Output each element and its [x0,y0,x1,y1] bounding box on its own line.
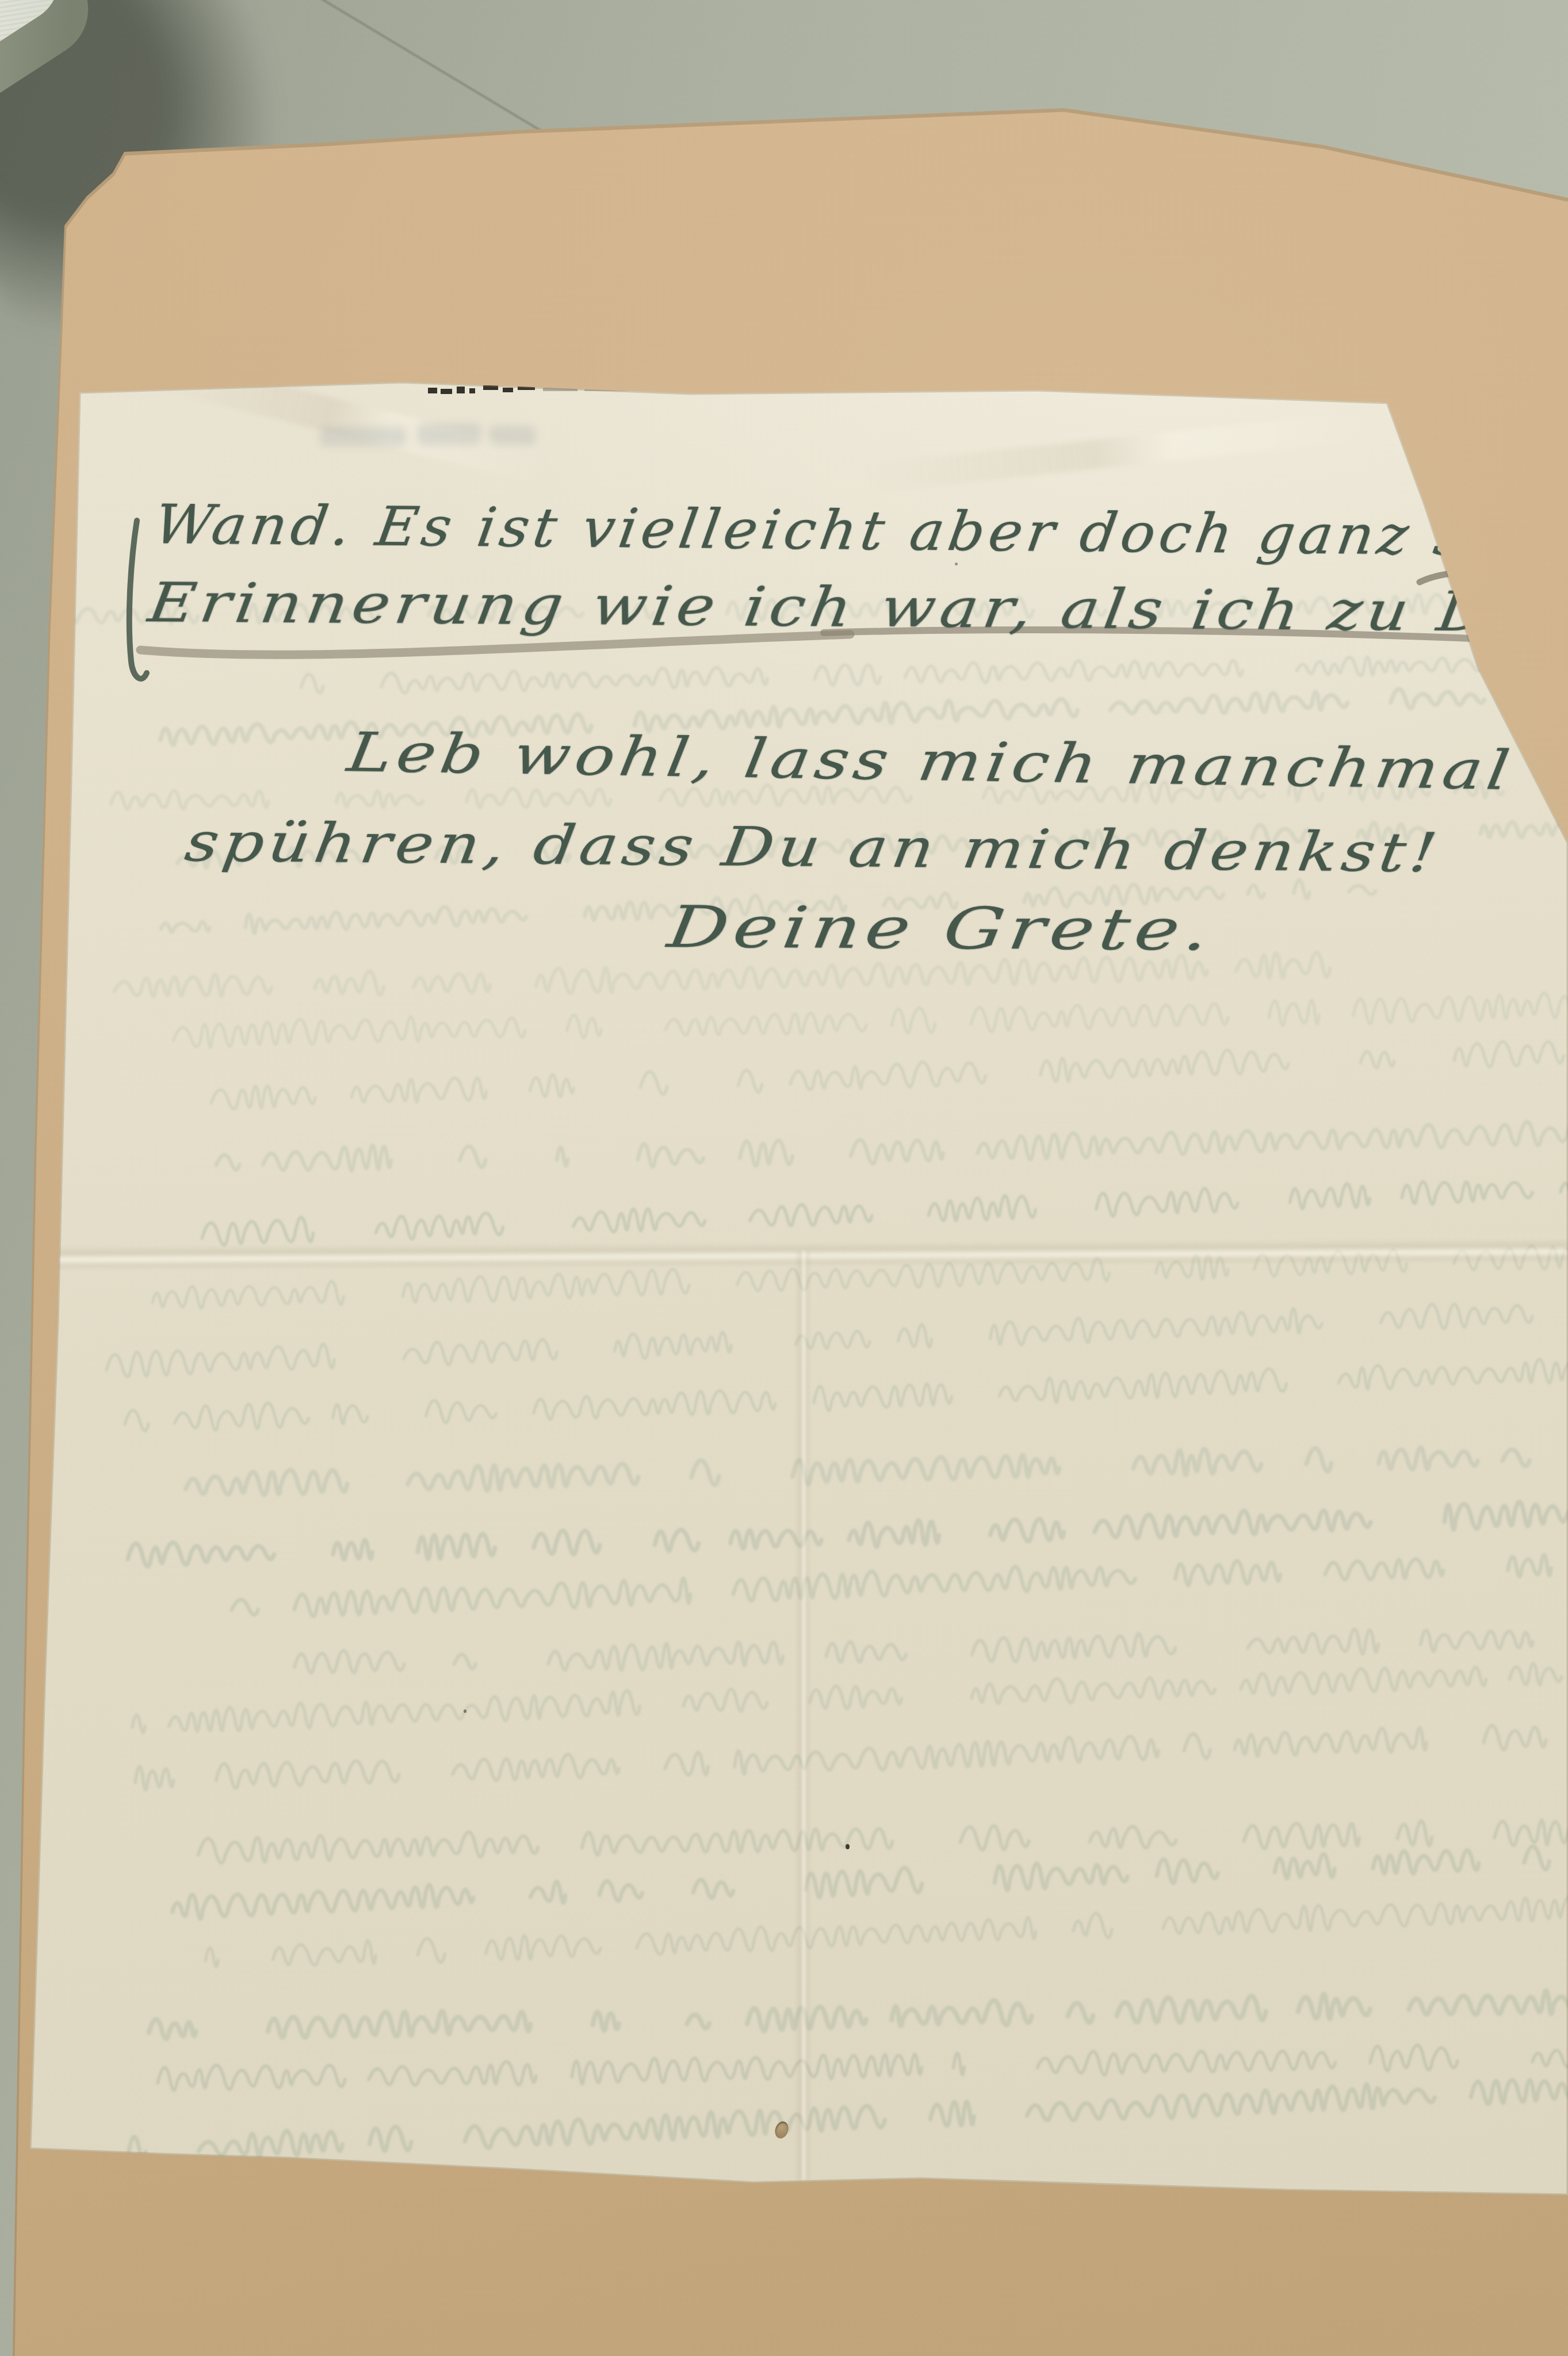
table-seam-line [319,0,552,137]
archival-photo-scene: Wand. Es ist vielleicht aber doch ganz s… [0,0,1568,2356]
